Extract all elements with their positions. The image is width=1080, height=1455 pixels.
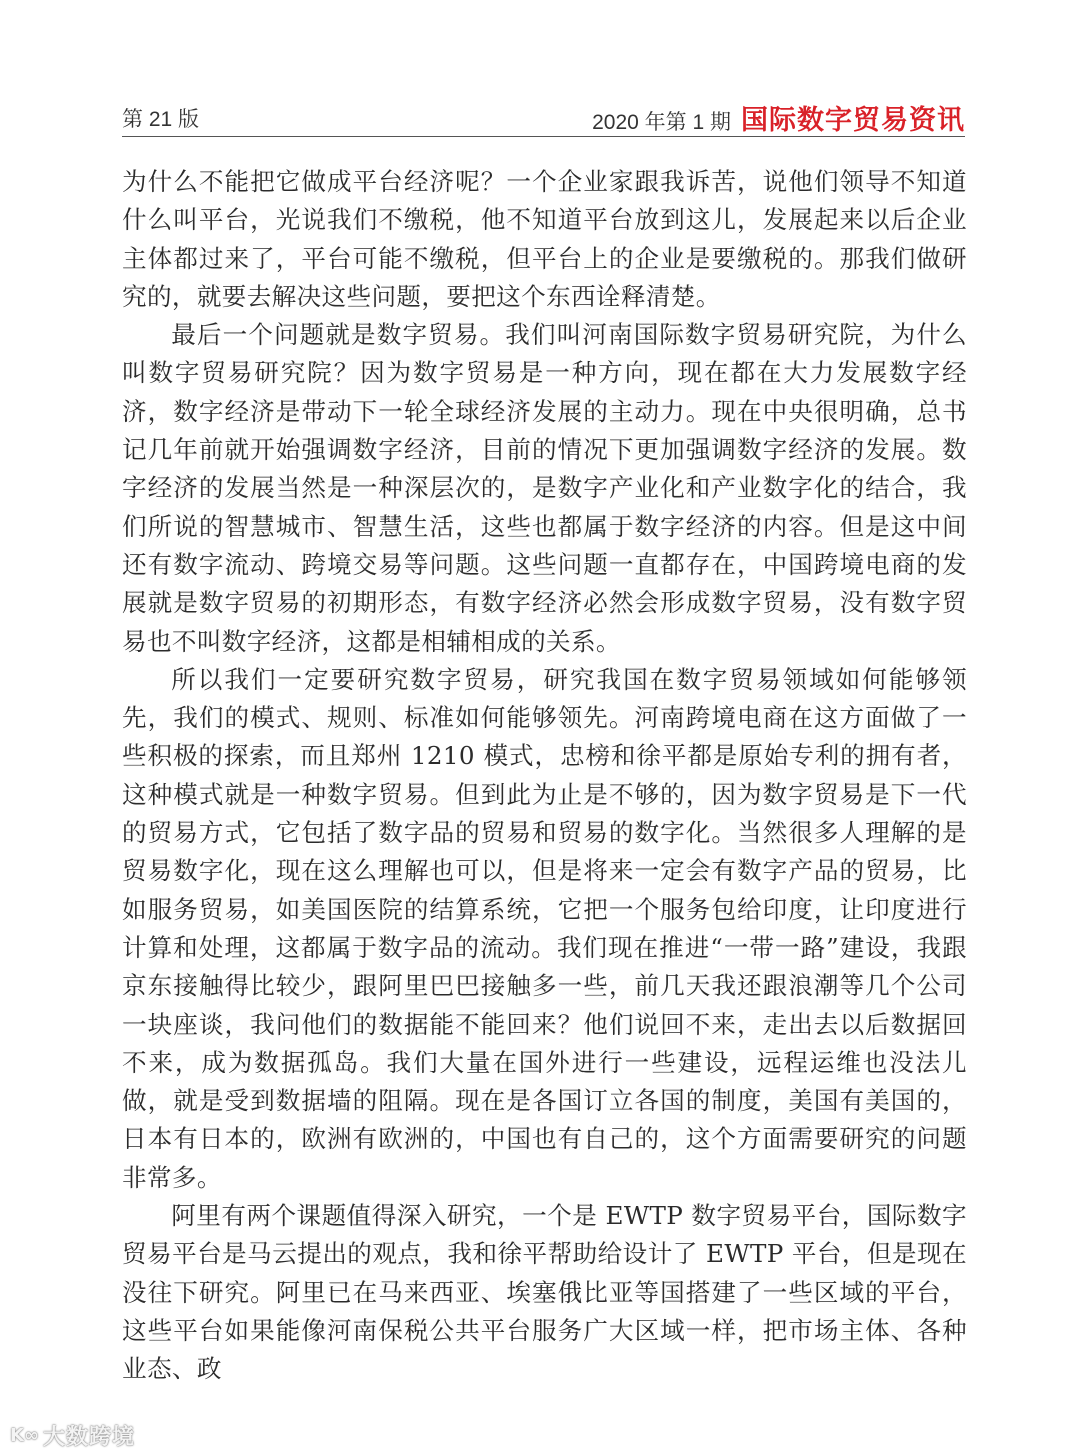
issue-label: 2020 年第 1 期 xyxy=(592,106,731,136)
article-body: 为什么不能把它做成平台经济呢？一个企业家跟我诉苦，说他们领导不知道什么叫平台，光… xyxy=(122,163,967,1389)
paragraph-1: 为什么不能把它做成平台经济呢？一个企业家跟我诉苦，说他们领导不知道什么叫平台，光… xyxy=(122,163,967,316)
paragraph-2: 最后一个问题就是数字贸易。我们叫河南国际数字贸易研究院，为什么叫数字贸易研究院？… xyxy=(122,316,967,661)
page-header: 第 21 版 2020 年第 1 期 国际数字贸易资讯 xyxy=(122,98,965,137)
watermark: K∞ 大数跨境 xyxy=(10,1420,135,1451)
page-number-label: 第 21 版 xyxy=(122,103,199,133)
header-right: 2020 年第 1 期 国际数字贸易资讯 xyxy=(592,98,965,137)
paragraph-4: 阿里有两个课题值得深入研究，一个是 EWTP 数字贸易平台，国际数字贸易平台是马… xyxy=(122,1197,967,1388)
paragraph-3: 所以我们一定要研究数字贸易，研究我国在数字贸易领域如何能够领先，我们的模式、规则… xyxy=(122,661,967,1197)
publication-title: 国际数字贸易资讯 xyxy=(741,98,965,137)
watermark-logo-icon: K∞ xyxy=(10,1425,39,1446)
watermark-text: 大数跨境 xyxy=(43,1420,135,1451)
